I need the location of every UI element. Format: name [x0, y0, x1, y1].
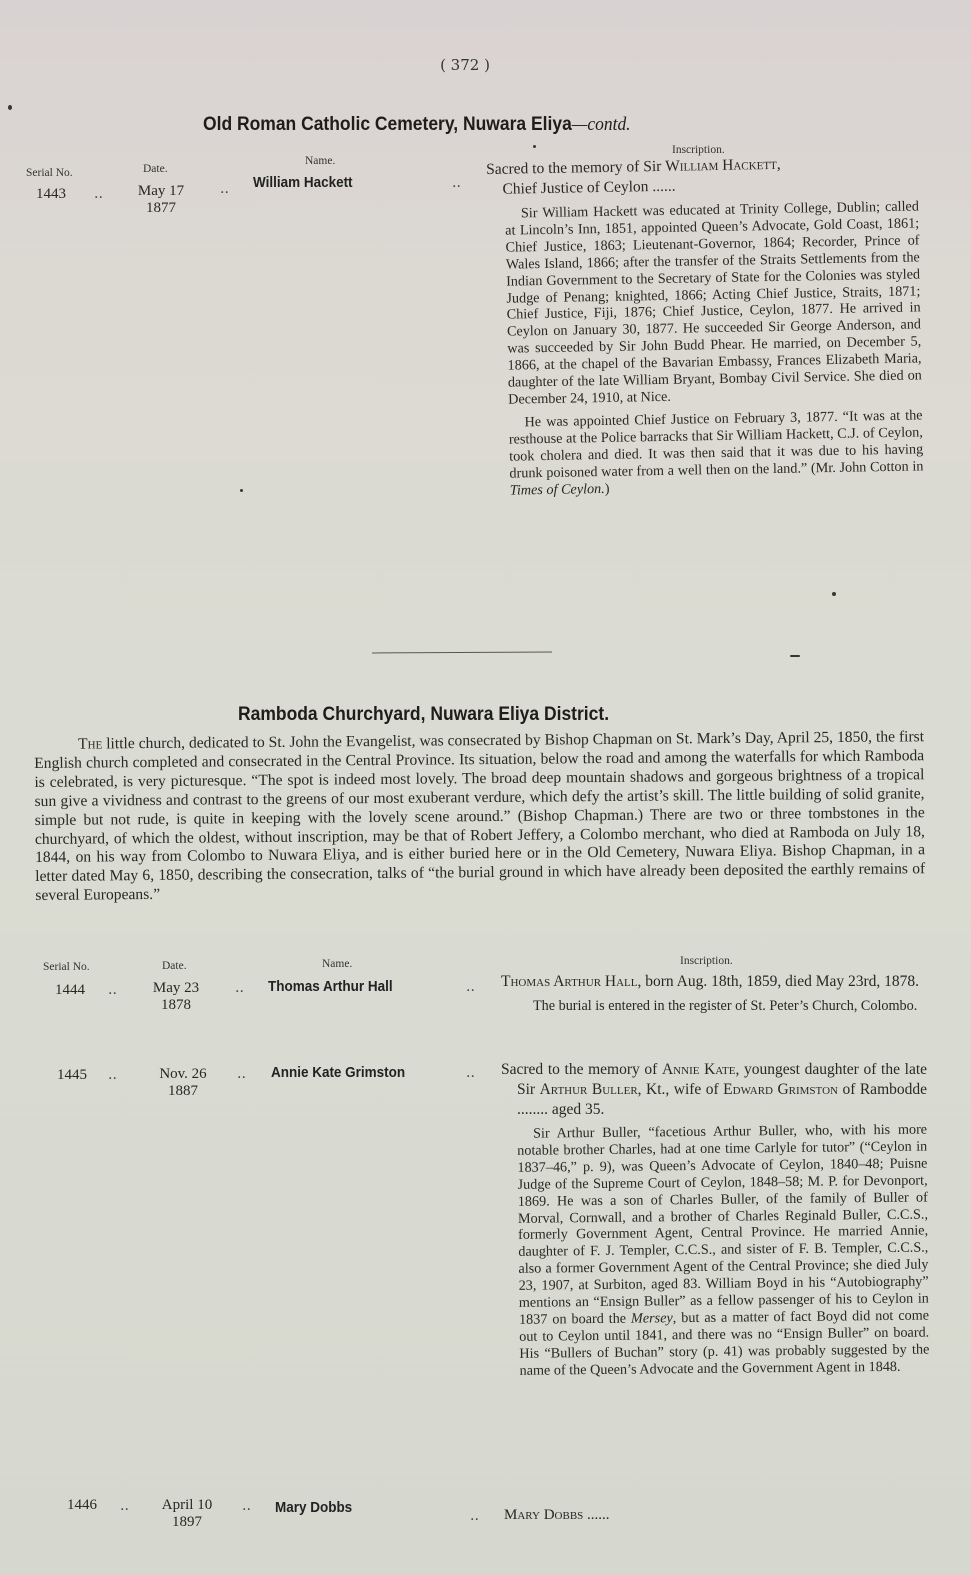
entry-name: Annie Kate Grimston	[271, 1065, 405, 1081]
biographical-note-2: He was appointed Chief Justice on Februa…	[508, 407, 923, 499]
biographical-note: Sir Arthur Buller, “facetious Arthur Bul…	[517, 1122, 930, 1380]
inscription-block: Thomas Arthur Hall, born Aug. 18th, 1859…	[501, 972, 927, 1015]
entry-name: Thomas Arthur Hall	[268, 979, 393, 995]
leader-dots: ..	[452, 175, 461, 191]
date-year: 1887	[148, 1083, 218, 1100]
leader-dots: ..	[108, 982, 117, 998]
entry-date: Nov. 26 1887	[148, 1066, 218, 1100]
entry-name: Mary Dobbs	[275, 1500, 352, 1516]
inscription-text: Thomas Arthur Hall, born Aug. 18th, 1859…	[501, 972, 927, 992]
note-text: He was appointed Chief Justice on Februa…	[509, 407, 924, 481]
date-day: May 23	[143, 980, 209, 997]
biographical-note: Sir William Hackett was educated at Trin…	[505, 198, 922, 408]
entry-date: May 17 1877	[128, 183, 194, 217]
col-header-serial: Serial No.	[26, 167, 73, 179]
serial-number: 1443	[36, 186, 66, 203]
leader-dots: ..	[470, 1508, 479, 1524]
inscription-smallcaps: William Hackett,	[665, 156, 781, 175]
col-header-date: Date.	[143, 163, 168, 175]
inscription-smallcaps: Mary Dobbs	[504, 1507, 583, 1523]
section-title-ramboda-churchyard: Ramboda Churchyard, Nuwara Eliya Distric…	[238, 704, 609, 726]
leader-dots: ..	[235, 980, 244, 996]
date-year: 1877	[128, 200, 194, 217]
leader-dots: ..	[466, 1065, 475, 1081]
date-year: 1878	[143, 997, 209, 1014]
serial-number: 1445	[57, 1067, 87, 1084]
leader-dots: ..	[108, 1067, 117, 1083]
leader-dots: ..	[94, 186, 103, 202]
paper-speck	[240, 489, 243, 492]
intro-text: little church, dedicated to St. John the…	[34, 728, 925, 904]
intro-first-word: The	[78, 735, 102, 752]
note-text: Sir Arthur Buller, “facetious Arthur Bul…	[517, 1122, 929, 1328]
paper-speck	[790, 655, 800, 657]
date-day: Nov. 26	[148, 1066, 218, 1083]
section-intro-paragraph: The little church, dedicated to St. John…	[34, 728, 925, 906]
note-citation: Times of Ceylon.	[510, 480, 605, 498]
inscription-text: Sacred to the memory of Sir William Hack…	[486, 152, 919, 200]
inscription-part: Sacred to the memory of	[501, 1061, 662, 1078]
section-title-text: Old Roman Catholic Cemetery, Nuwara Eliy…	[203, 114, 572, 135]
book-page: ( 372 ) Old Roman Catholic Cemetery, Nuw…	[0, 0, 971, 1575]
inscription-text: Mary Dobbs ......	[504, 1507, 610, 1524]
entry-date: May 23 1878	[143, 980, 209, 1014]
paper-speck	[832, 592, 836, 596]
col-header-inscription: Inscription.	[672, 144, 725, 156]
page-number: ( 372 )	[0, 56, 930, 74]
inscription-rest: ......	[583, 1507, 609, 1523]
biographical-note: The burial is entered in the register of…	[517, 998, 927, 1015]
inscription-block: Sacred to the memory of Sir William Hack…	[486, 152, 924, 499]
note-citation-close: )	[605, 480, 610, 496]
col-header-date: Date.	[162, 960, 187, 972]
section-title-old-roman-catholic-cemetery: Old Roman Catholic Cemetery, Nuwara Eliy…	[203, 114, 631, 136]
section-title-contd: —contd.	[572, 114, 631, 135]
date-day: May 17	[128, 183, 194, 200]
leader-dots: ..	[220, 181, 229, 197]
leader-dots: ..	[242, 1498, 251, 1514]
col-header-inscription: Inscription.	[680, 955, 733, 967]
paper-speck	[533, 145, 536, 148]
inscription-part: Kt., wife of	[642, 1081, 724, 1098]
inscription-smallcaps: Thomas Arthur Hall,	[501, 973, 641, 990]
section-divider	[372, 652, 552, 654]
inscription-text: Sacred to the memory of Annie Kate, youn…	[501, 1060, 927, 1120]
inscription-smallcaps: Annie Kate,	[662, 1061, 739, 1078]
entry-name: William Hackett	[253, 175, 353, 191]
paper-speck	[8, 105, 12, 110]
inscription-smallcaps: Arthur Buller,	[540, 1081, 642, 1098]
date-year: 1897	[151, 1514, 223, 1531]
col-header-serial: Serial No.	[43, 961, 90, 973]
leader-dots: ..	[237, 1066, 246, 1082]
inscription-block: Sacred to the memory of Annie Kate, youn…	[501, 1060, 927, 1380]
serial-number: 1446	[67, 1497, 97, 1514]
leader-dots: ..	[120, 1498, 129, 1514]
date-day: April 10	[151, 1497, 223, 1514]
inscription-rest: born Aug. 18th, 1859, died May 23rd, 187…	[641, 973, 919, 990]
inscription-smallcaps: Edward Grimston	[723, 1081, 838, 1098]
col-header-name: Name.	[305, 155, 335, 167]
col-header-name: Name.	[322, 958, 352, 970]
leader-dots: ..	[466, 979, 475, 995]
entry-date: April 10 1897	[151, 1497, 223, 1531]
note-ship-name: Mersey	[631, 1310, 673, 1326]
inscription-lead-tail: Chief Justice of Ceylon ......	[502, 178, 675, 198]
inscription-lead: Sacred to the memory of Sir	[486, 158, 665, 178]
serial-number: 1444	[55, 982, 85, 999]
